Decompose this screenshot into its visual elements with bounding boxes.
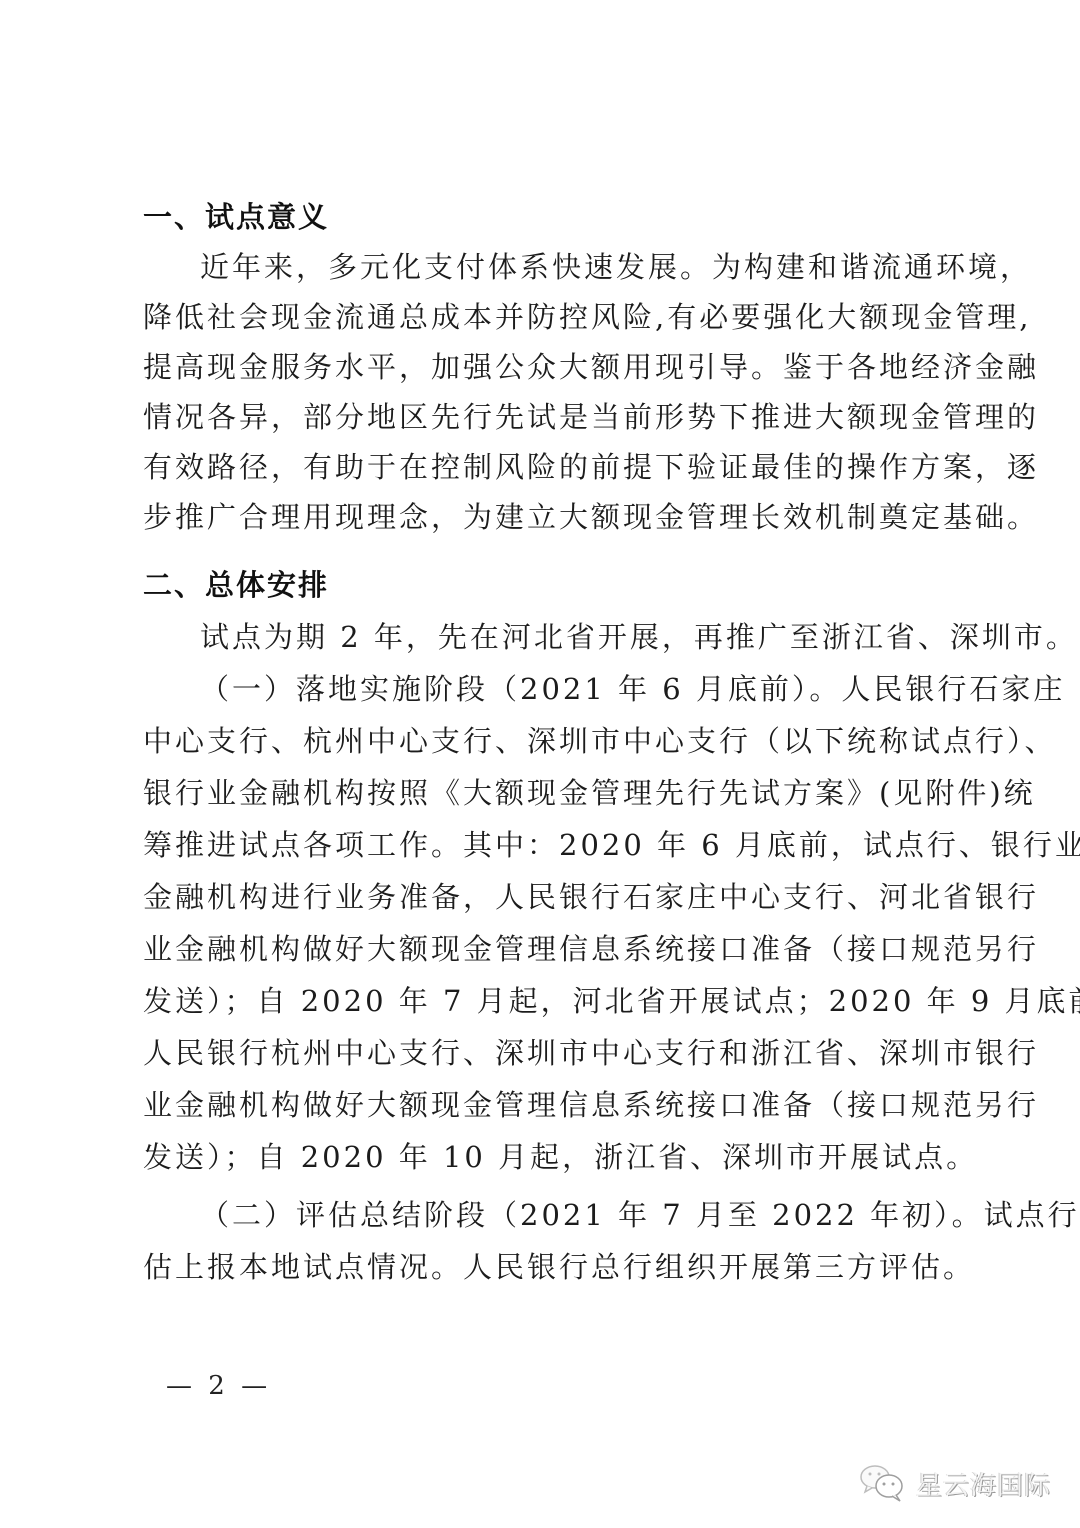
paragraph-line: 近年来，多元化支付体系快速发展。为构建和谐流通环境， xyxy=(200,242,943,292)
paragraph-line: 中心支行、杭州中心支行、深圳市中心支行（以下统称试点行）、 xyxy=(143,716,943,766)
paragraph-line: 提高现金服务水平，加强公众大额用现引导。鉴于各地经济金融 xyxy=(143,342,943,392)
page-number: — 2 — xyxy=(166,1366,267,1406)
paragraph-line: 银行业金融机构按照《大额现金管理先行先试方案》(见附件)统 xyxy=(143,768,943,818)
paragraph-line: 业金融机构做好大额现金管理信息系统接口准备（接口规范另行 xyxy=(143,1080,943,1130)
paragraph-line: 降低社会现金流通总成本并防控风险,有必要强化大额现金管理, xyxy=(143,292,943,342)
paragraph-line: 发送）；自 2020 年 10 月起，浙江省、深圳市开展试点。 xyxy=(143,1132,943,1182)
paragraph-line: 人民银行杭州中心支行、深圳市中心支行和浙江省、深圳市银行 xyxy=(143,1028,943,1078)
paragraph-line: 发送）；自 2020 年 7 月起，河北省开展试点；2020 年 9 月底前， xyxy=(143,976,943,1026)
watermark: 星云海国际 xyxy=(858,1460,1051,1506)
paragraph-line: 试点为期 2 年，先在河北省开展，再推广至浙江省、深圳市。 xyxy=(200,612,943,662)
section-heading-2: 二、总体安排 xyxy=(143,560,943,610)
paragraph-line: 有效路径，有助于在控制风险的前提下验证最佳的操作方案，逐 xyxy=(143,442,943,492)
watermark-text: 星云海国际 xyxy=(916,1465,1051,1502)
document-page: 一、试点意义 近年来，多元化支付体系快速发展。为构建和谐流通环境， 降低社会现金… xyxy=(0,0,1080,1528)
paragraph-line: 估上报本地试点情况。人民银行总行组织开展第三方评估。 xyxy=(143,1242,943,1292)
paragraph-line: 金融机构进行业务准备，人民银行石家庄中心支行、河北省银行 xyxy=(143,872,943,922)
section-heading-1: 一、试点意义 xyxy=(143,192,943,242)
paragraph-line: 步推广合理用现理念，为建立大额现金管理长效机制奠定基础。 xyxy=(143,492,943,542)
paragraph-line: 情况各异，部分地区先行先试是当前形势下推进大额现金管理的 xyxy=(143,392,943,442)
paragraph-line: 筹推进试点各项工作。其中：2020 年 6 月底前，试点行、银行业 xyxy=(143,820,943,870)
paragraph-line: （一）落地实施阶段（2021 年 6 月底前）。人民银行石家庄 xyxy=(200,664,943,714)
paragraph-line: （二）评估总结阶段（2021 年 7 月至 2022 年初）。试点行评 xyxy=(200,1190,943,1240)
wechat-icon xyxy=(858,1462,908,1504)
paragraph-line: 业金融机构做好大额现金管理信息系统接口准备（接口规范另行 xyxy=(143,924,943,974)
